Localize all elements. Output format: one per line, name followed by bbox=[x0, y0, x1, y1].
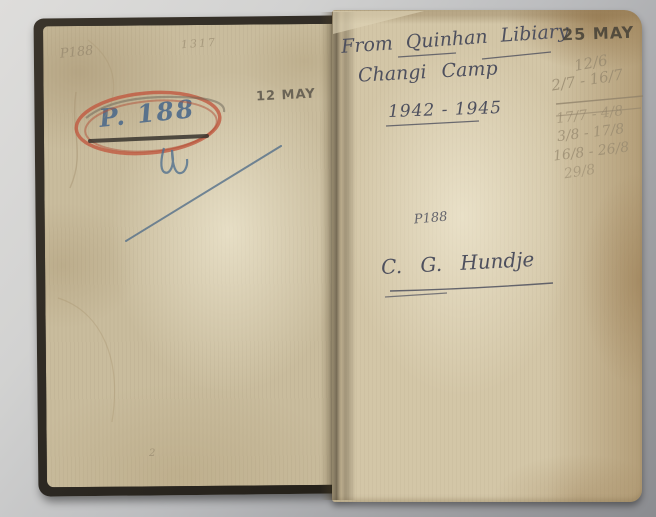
open-book-photo: P188 1317 12 MAY P. 188 2 From Quinhan L… bbox=[0, 0, 656, 517]
shelf-mark-small: P188 bbox=[413, 211, 448, 228]
left-date-stamp: 12 MAY bbox=[256, 86, 316, 104]
right-date-stamp: 25 MAY bbox=[562, 23, 635, 45]
inscription-line-3: 1942 - 1945 bbox=[388, 99, 503, 122]
book-gutter-shadow bbox=[320, 12, 356, 500]
faint-pencil-number: 1317 bbox=[181, 37, 218, 52]
corner-pencil-number: 2 bbox=[149, 448, 155, 459]
